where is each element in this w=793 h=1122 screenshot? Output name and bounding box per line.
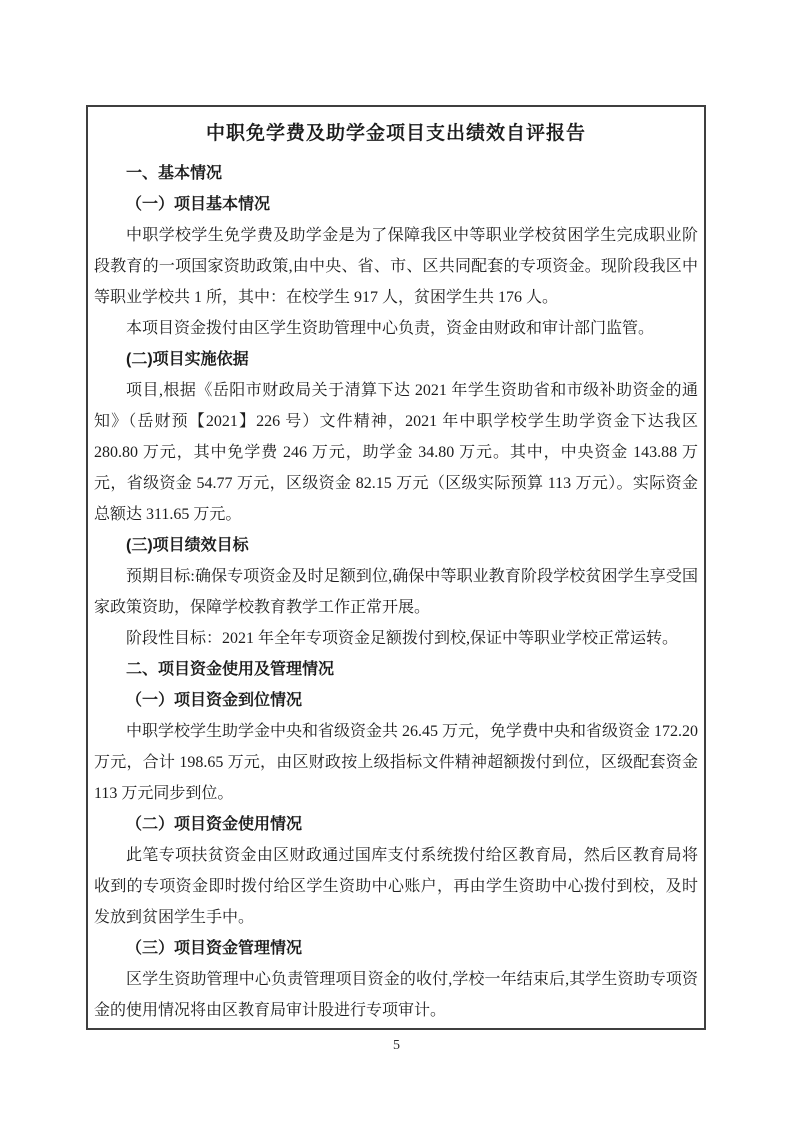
paragraph-fund-responsibility: 本项目资金拨付由区学生资助管理中心负责，资金由财政和审计部门监管。: [94, 313, 698, 344]
paragraph-fund-usage: 此笔专项扶贫资金由区财政通过国库支付系统拨付给区教育局，然后区教育局将收到的专项…: [94, 840, 698, 933]
heading-basic-info: 一、基本情况: [94, 158, 698, 189]
subheading-fund-usage: （二）项目资金使用情况: [94, 809, 698, 840]
subheading-performance-goals: (三)项目绩效目标: [94, 530, 698, 561]
document-title: 中职免学费及助学金项目支出绩效自评报告: [94, 119, 698, 149]
paragraph-fund-arrival: 中职学校学生助学金中央和省级资金共 26.45 万元，免学费中央和省级资金 17…: [94, 716, 698, 809]
paragraph-project-overview: 中职学校学生免学费及助学金是为了保障我区中等职业学校贫困学生完成职业阶段教育的一…: [94, 220, 698, 313]
subheading-fund-management: （三）项目资金管理情况: [94, 933, 698, 964]
page-number: 5: [0, 1038, 793, 1054]
heading-fund-usage-management: 二、项目资金使用及管理情况: [94, 654, 698, 685]
subheading-implementation-basis: (二)项目实施依据: [94, 344, 698, 375]
document-border-frame: 中职免学费及助学金项目支出绩效自评报告 一、基本情况 （一）项目基本情况 中职学…: [86, 105, 706, 1030]
paragraph-fund-management: 区学生资助管理中心负责管理项目资金的收付,学校一年结束后,其学生资助专项资金的使…: [94, 964, 698, 1026]
paragraph-implementation-basis: 项目,根据《岳阳市财政局关于清算下达 2021 年学生资助省和市级补助资金的通知…: [94, 375, 698, 530]
paragraph-expected-goals: 预期目标:确保专项资金及时足额到位,确保中等职业教育阶段学校贫困学生享受国家政策…: [94, 561, 698, 623]
paragraph-stage-goals: 阶段性目标：2021 年全年专项资金足额拨付到校,保证中等职业学校正常运转。: [94, 623, 698, 654]
subheading-project-basic-info: （一）项目基本情况: [94, 189, 698, 220]
subheading-fund-arrival: （一）项目资金到位情况: [94, 685, 698, 716]
